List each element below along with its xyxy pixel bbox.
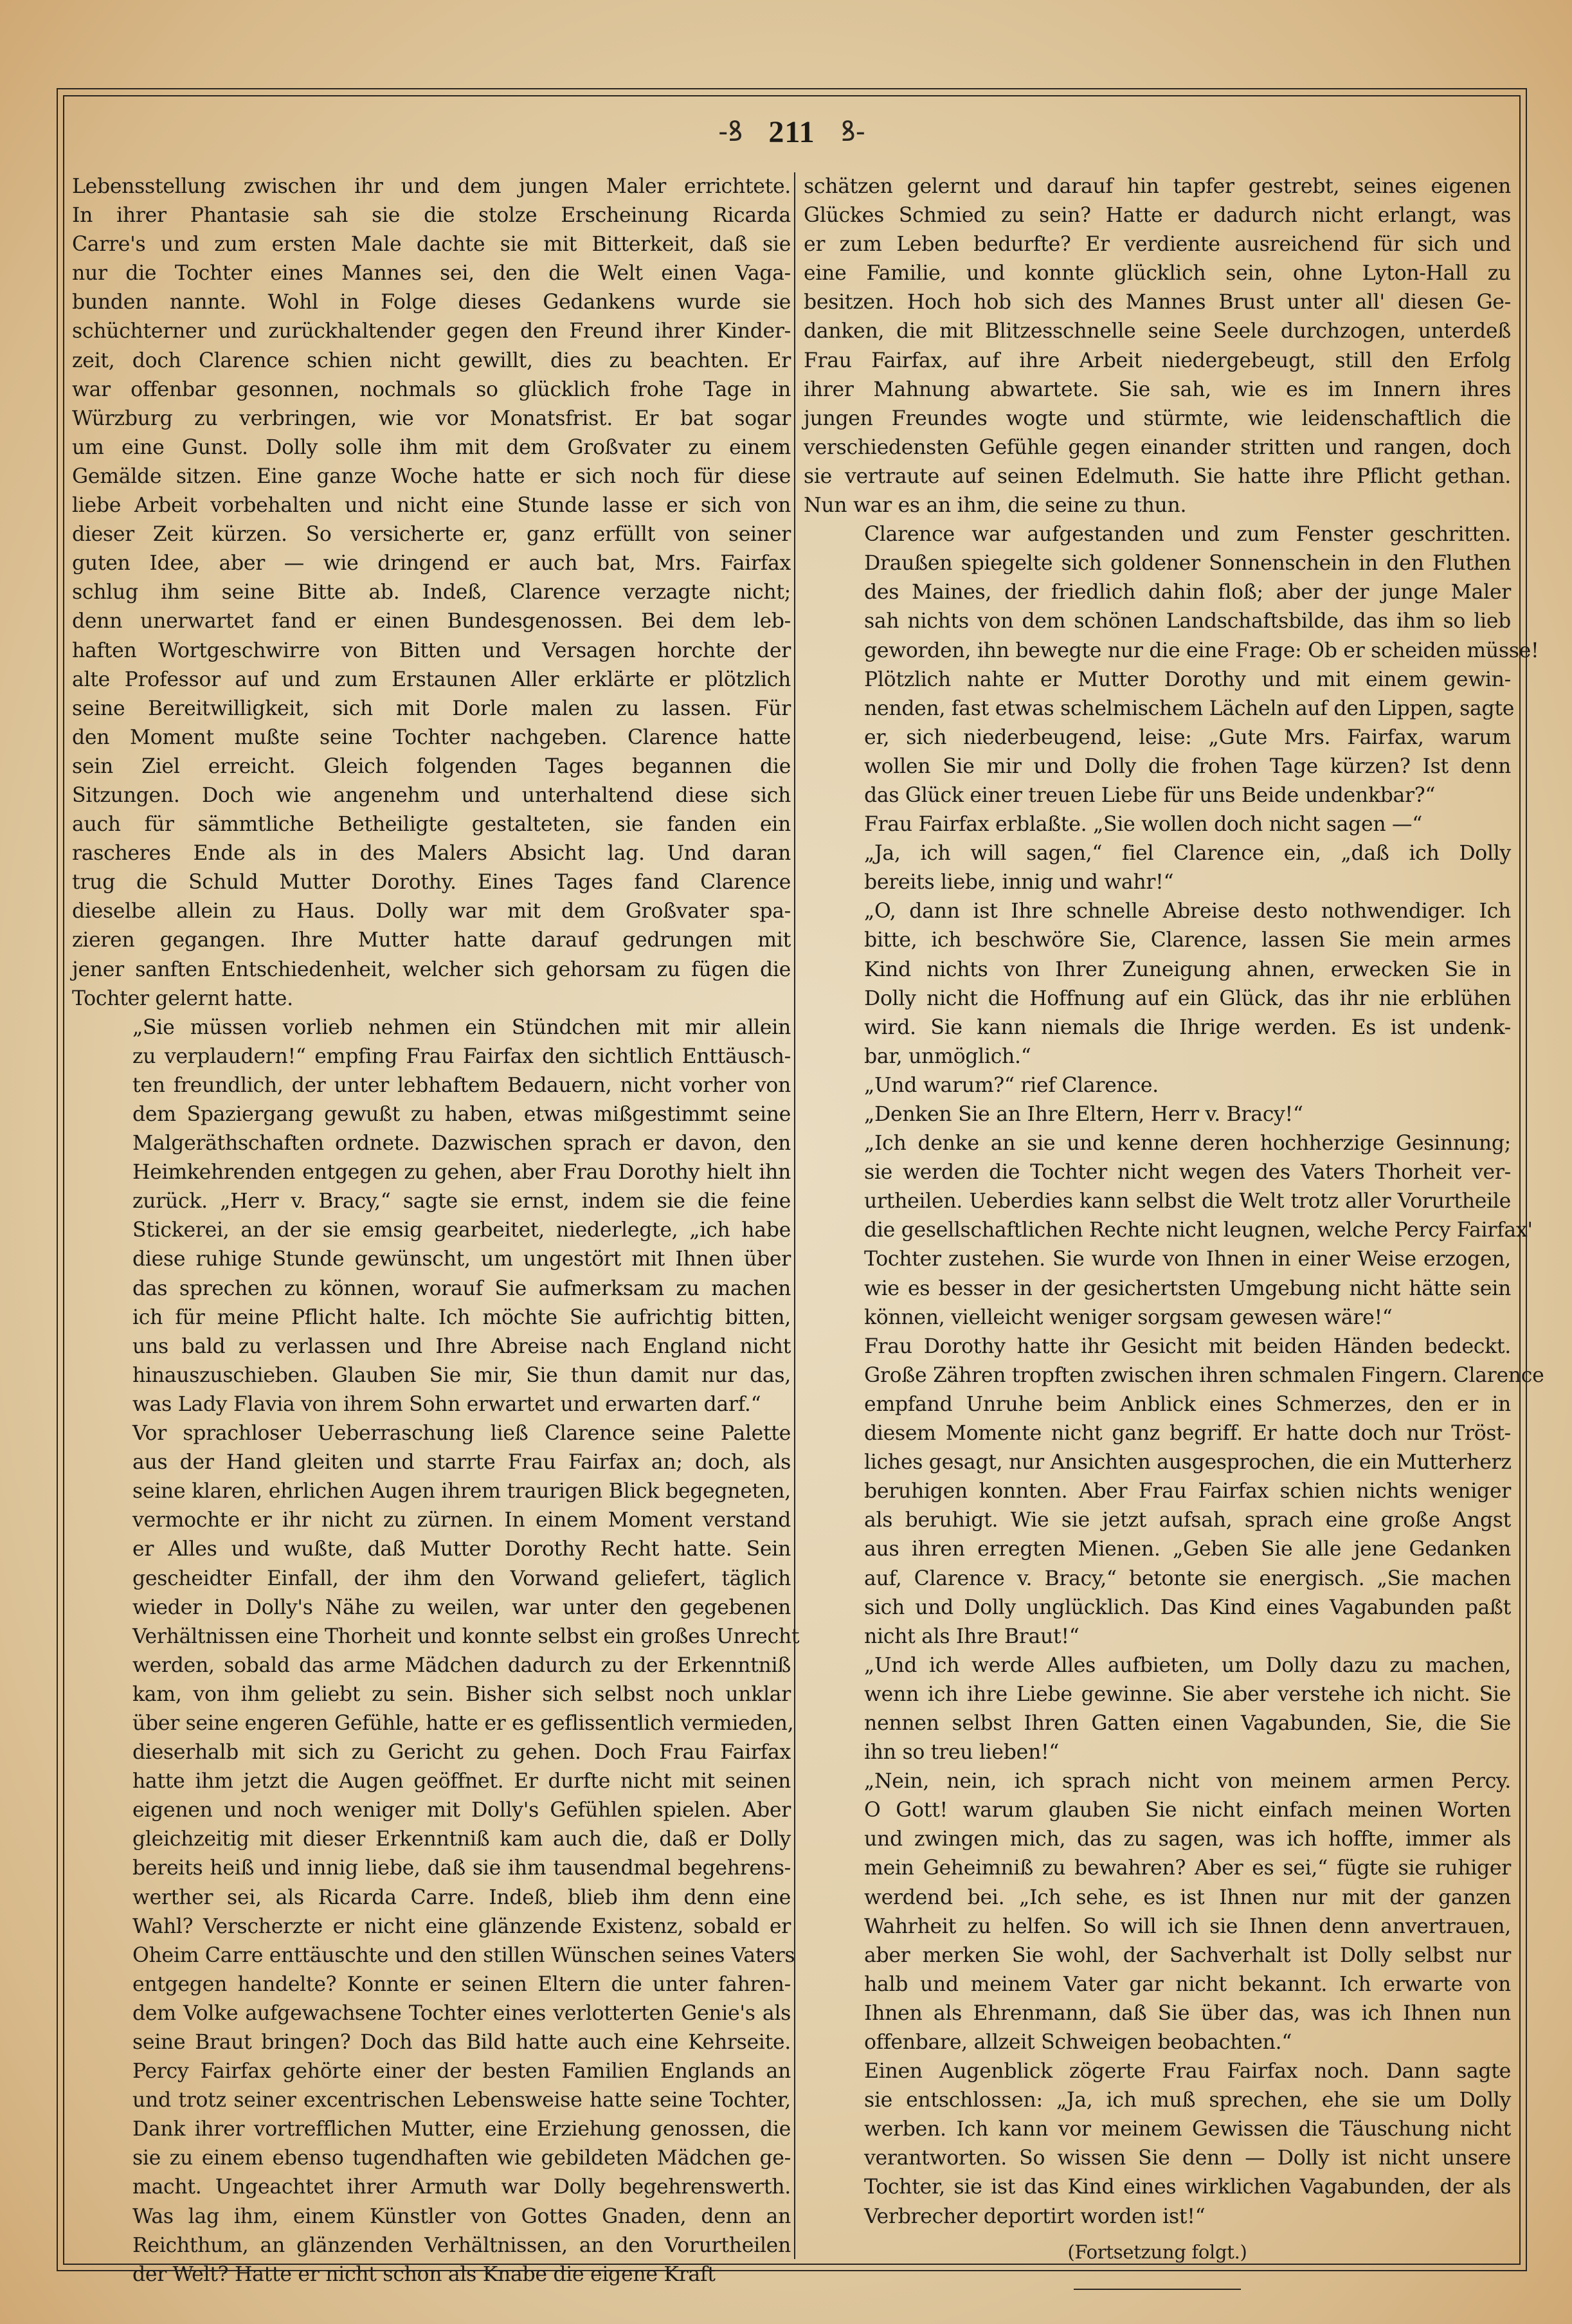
text-line: Stickerei, an der sie emsig gearbeitet, … bbox=[72, 1216, 791, 1245]
page-number: 211 bbox=[768, 114, 815, 150]
ornament-left-icon: -ꝸ bbox=[718, 118, 743, 146]
paragraph: „Denken Sie an Ihre Eltern, Herr v. Brac… bbox=[804, 1100, 1511, 1129]
page-header: -ꝸ 211 ꝸ- bbox=[63, 96, 1521, 167]
text-line: Ihnen als Ehrenmann, daß Sie über das, w… bbox=[804, 1999, 1511, 2028]
text-line: „Und warum?“ rief Clarence. bbox=[804, 1071, 1511, 1100]
text-line: urtheilen. Ueberdies kann selbst die Wel… bbox=[804, 1187, 1511, 1216]
text-line: der Welt? Hatte er nicht schon als Knabe… bbox=[72, 2260, 791, 2289]
text-line: In ihrer Phantasie sah sie die stolze Er… bbox=[72, 201, 791, 230]
text-line: nicht als Ihre Braut!“ bbox=[804, 1622, 1511, 1651]
text-line: Kind nichts von Ihrer Zuneigung ahnen, e… bbox=[804, 956, 1511, 985]
text-line: Einen Augenblick zögerte Frau Fairfax no… bbox=[804, 2057, 1511, 2086]
text-line: schüchterner und zurückhaltender gegen d… bbox=[72, 317, 791, 346]
end-rule bbox=[1074, 2289, 1241, 2290]
text-line: Reichthum, an glänzenden Verhältnissen, … bbox=[72, 2231, 791, 2260]
text-line: wie es besser in der gesichertsten Umgeb… bbox=[804, 1275, 1511, 1303]
text-line: Carre's und zum ersten Male dachte sie m… bbox=[72, 230, 791, 259]
text-line: hatte ihm jetzt die Augen geöffnet. Er d… bbox=[72, 1767, 791, 1796]
text-line: seine klaren, ehrlichen Augen ihrem trau… bbox=[72, 1477, 791, 1506]
text-line: er zum Leben bedurfte? Er verdiente ausr… bbox=[804, 230, 1511, 259]
text-line: „Sie müssen vorlieb nehmen ein Stündchen… bbox=[72, 1013, 791, 1042]
text-line: gescheidter Einfall, der ihm den Vorwand… bbox=[72, 1565, 791, 1593]
text-line: ihrer Mahnung abwartete. Sie sah, wie es… bbox=[804, 376, 1511, 404]
paragraph: Plötzlich nahte er Mutter Dorothy und mi… bbox=[804, 666, 1511, 810]
text-line: eigenen und noch weniger mit Dolly's Gef… bbox=[72, 1796, 791, 1825]
ornament-right-icon: ꝸ- bbox=[841, 118, 865, 146]
text-line: eine Familie, und konnte glücklich sein,… bbox=[804, 259, 1511, 288]
text-line: „Ich denke an sie und kenne deren hochhe… bbox=[804, 1129, 1511, 1158]
right-column-body: schätzen gelernt und darauf hin tapfer g… bbox=[804, 172, 1511, 2231]
text-line: beruhigen konnten. Aber Frau Fairfax sch… bbox=[804, 1477, 1511, 1506]
text-line: denn unerwartet fand er einen Bundesgeno… bbox=[72, 607, 791, 636]
continuation-note: (Fortsetzung folgt.) bbox=[804, 2238, 1511, 2267]
text-line: Draußen spiegelte sich goldener Sonnensc… bbox=[804, 549, 1511, 578]
text-line: sich und Dolly unglücklich. Das Kind ein… bbox=[804, 1593, 1511, 1622]
paragraph: „Ja, ich will sagen,“ fiel Clarence ein,… bbox=[804, 839, 1511, 897]
text-line: Verbrecher deportirt worden ist!“ bbox=[804, 2202, 1511, 2231]
text-line: werden, sobald das arme Mädchen dadurch … bbox=[72, 1651, 791, 1680]
text-line: Sitzungen. Doch wie angenehm und unterha… bbox=[72, 781, 791, 810]
text-line: aus ihren erregten Mienen. „Geben Sie al… bbox=[804, 1535, 1511, 1564]
text-line: Plötzlich nahte er Mutter Dorothy und mi… bbox=[804, 666, 1511, 694]
text-line: als beruhigt. Wie sie jetzt aufsah, spra… bbox=[804, 1506, 1511, 1535]
text-line: danken, die mit Blitzesschnelle seine Se… bbox=[804, 317, 1511, 346]
text-line: dem Spaziergang gewußt zu haben, etwas m… bbox=[72, 1100, 791, 1129]
text-line: war offenbar gesonnen, nochmals so glück… bbox=[72, 376, 791, 404]
text-line: liebe Arbeit vorbehalten und nicht eine … bbox=[72, 491, 791, 520]
text-line: jungen Freundes wogte und stürmte, wie l… bbox=[804, 404, 1511, 433]
text-line: bitte, ich beschwöre Sie, Clarence, lass… bbox=[804, 926, 1511, 955]
text-line: aber merken Sie wohl, der Sachverhalt is… bbox=[804, 1941, 1511, 1970]
text-line: dieser Zeit kürzen. So versicherte er, g… bbox=[72, 520, 791, 549]
text-line: mein Geheimniß zu bewahren? Aber es sei,… bbox=[804, 1854, 1511, 1883]
text-line: wird. Sie kann niemals die Ihrige werden… bbox=[804, 1013, 1511, 1042]
text-line: Percy Fairfax gehörte einer der besten F… bbox=[72, 2057, 791, 2086]
text-line: sie vertraute auf seinen Edelmuth. Sie h… bbox=[804, 462, 1511, 491]
paragraph: schätzen gelernt und darauf hin tapfer g… bbox=[804, 172, 1511, 520]
text-line: sie zu einem ebenso tugendhaften wie geb… bbox=[72, 2144, 791, 2173]
text-line: diese ruhige Stunde gewünscht, um ungest… bbox=[72, 1245, 791, 1274]
text-line: zieren gegangen. Ihre Mutter hatte darau… bbox=[72, 926, 791, 955]
text-line: macht. Ungeachtet ihrer Armuth war Dolly… bbox=[72, 2173, 791, 2202]
text-line: über seine engeren Gefühle, hatte er es … bbox=[72, 1709, 791, 1738]
paragraph: Lebensstellung zwischen ihr und dem jung… bbox=[72, 172, 791, 1013]
text-line: Würzburg zu verbringen, wie vor Monatsfr… bbox=[72, 404, 791, 433]
paragraph: Clarence war aufgestanden und zum Fenste… bbox=[804, 520, 1511, 665]
text-line: sein Ziel erreicht. Gleich folgenden Tag… bbox=[72, 752, 791, 781]
text-line: Vor sprachloser Ueberraschung ließ Clare… bbox=[72, 1419, 791, 1448]
paragraph: Vor sprachloser Ueberraschung ließ Clare… bbox=[72, 1419, 791, 2289]
text-line: wieder in Dolly's Nähe zu weilen, war un… bbox=[72, 1593, 791, 1622]
text-line: O Gott! warum glauben Sie nicht einfach … bbox=[804, 1796, 1511, 1825]
text-line: zu verplaudern!“ empfing Frau Fairfax de… bbox=[72, 1042, 791, 1071]
text-line: ihn so treu lieben!“ bbox=[804, 1738, 1511, 1767]
text-line: Lebensstellung zwischen ihr und dem jung… bbox=[72, 172, 791, 201]
text-line: das Glück einer treuen Liebe für uns Bei… bbox=[804, 781, 1511, 810]
text-line: werben. Ich kann vor meinem Gewissen die… bbox=[804, 2115, 1511, 2144]
text-line: halb und meinem Vater gar nicht bekannt.… bbox=[804, 1970, 1511, 1999]
text-line: er, sich niederbeugend, leise: „Gute Mrs… bbox=[804, 723, 1511, 752]
text-line: Heimkehrenden entgegen zu gehen, aber Fr… bbox=[72, 1158, 791, 1187]
text-line: wollen Sie mir und Dolly die frohen Tage… bbox=[804, 752, 1511, 781]
text-line: das sprechen zu können, worauf Sie aufme… bbox=[72, 1275, 791, 1303]
text-line: gleichzeitig mit dieser Erkenntniß kam a… bbox=[72, 1825, 791, 1854]
text-line: bunden nannte. Wohl in Folge dieses Geda… bbox=[72, 288, 791, 317]
text-line: nennen selbst Ihren Gatten einen Vagabun… bbox=[804, 1709, 1511, 1738]
text-line: empfand Unruhe beim Anblick eines Schmer… bbox=[804, 1390, 1511, 1419]
text-line: trug die Schuld Mutter Dorothy. Eines Ta… bbox=[72, 868, 791, 897]
text-line: ich für meine Pflicht halte. Ich möchte … bbox=[72, 1303, 791, 1332]
text-line: verschiedensten Gefühle gegen einander s… bbox=[804, 433, 1511, 462]
paragraph: Einen Augenblick zögerte Frau Fairfax no… bbox=[804, 2057, 1511, 2231]
paragraph: Frau Fairfax erblaßte. „Sie wollen doch … bbox=[804, 810, 1511, 839]
text-line: Clarence war aufgestanden und zum Fenste… bbox=[804, 520, 1511, 549]
left-column: Lebensstellung zwischen ihr und dem jung… bbox=[72, 172, 791, 2289]
text-line: „Denken Sie an Ihre Eltern, Herr v. Brac… bbox=[804, 1100, 1511, 1129]
text-line: Tochter zustehen. Sie wurde von Ihnen in… bbox=[804, 1245, 1511, 1274]
text-line: besitzen. Hoch hob sich des Mannes Brust… bbox=[804, 288, 1511, 317]
text-line: jener sanften Entschiedenheit, welcher s… bbox=[72, 956, 791, 985]
paragraph: „O, dann ist Ihre schnelle Abreise desto… bbox=[804, 897, 1511, 1071]
text-line: Dolly nicht die Hoffnung auf ein Glück, … bbox=[804, 985, 1511, 1013]
text-line: Tochter gelernt hatte. bbox=[72, 985, 791, 1013]
text-line: verantworten. So wissen Sie denn — Dolly… bbox=[804, 2144, 1511, 2173]
paragraph: „Und ich werde Alles aufbieten, um Dolly… bbox=[804, 1651, 1511, 1767]
text-line: „Nein, nein, ich sprach nicht von meinem… bbox=[804, 1767, 1511, 1796]
text-line: bar, unmöglich.“ bbox=[804, 1042, 1511, 1071]
text-line: sie werden die Tochter nicht wegen des V… bbox=[804, 1158, 1511, 1187]
text-line: Gemälde sitzen. Eine ganze Woche hatte e… bbox=[72, 462, 791, 491]
text-line: „Ja, ich will sagen,“ fiel Clarence ein,… bbox=[804, 839, 1511, 868]
paragraph: „Und warum?“ rief Clarence. bbox=[804, 1071, 1511, 1100]
text-line: haften Wortgeschwirre von Bitten und Ver… bbox=[72, 637, 791, 666]
text-line: können, vielleicht weniger sorgsam gewes… bbox=[804, 1303, 1511, 1332]
text-line: Malgeräthschaften ordnete. Dazwischen sp… bbox=[72, 1129, 791, 1158]
right-column: schätzen gelernt und darauf hin tapfer g… bbox=[804, 172, 1511, 2290]
text-line: „Und ich werde Alles aufbieten, um Dolly… bbox=[804, 1651, 1511, 1680]
text-line: auf, Clarence v. Bracy,“ betonte sie ene… bbox=[804, 1565, 1511, 1593]
text-line: seine Braut bringen? Doch das Bild hatte… bbox=[72, 2028, 791, 2057]
text-line: offenbare, allzeit Schweigen beobachten.… bbox=[804, 2028, 1511, 2057]
text-line: Wahrheit zu helfen. So will ich sie Ihne… bbox=[804, 1912, 1511, 1941]
text-line: die gesellschaftlichen Rechte nicht leug… bbox=[804, 1216, 1511, 1245]
text-line: geworden, ihn bewegte nur die eine Frage… bbox=[804, 637, 1511, 666]
text-line: er Alles und wußte, daß Mutter Dorothy R… bbox=[72, 1535, 791, 1564]
text-line: wenn ich ihre Liebe gewinne. Sie aber ve… bbox=[804, 1680, 1511, 1709]
text-line: alte Professor auf und zum Erstaunen All… bbox=[72, 666, 791, 694]
text-line: des Maines, der friedlich dahin floß; ab… bbox=[804, 578, 1511, 607]
text-line: sah nichts von dem schönen Landschaftsbi… bbox=[804, 607, 1511, 636]
text-line: Dank ihrer vortrefflichen Mutter, eine E… bbox=[72, 2115, 791, 2144]
text-line: kam, von ihm geliebt zu sein. Bisher sic… bbox=[72, 1680, 791, 1709]
text-line: werdend bei. „Ich sehe, es ist Ihnen nur… bbox=[804, 1884, 1511, 1912]
text-line: dieselbe allein zu Haus. Dolly war mit d… bbox=[72, 897, 791, 926]
text-line: sie entschlossen: „Ja, ich muß sprechen,… bbox=[804, 2086, 1511, 2115]
text-line: werther sei, als Ricarda Carre. Indeß, b… bbox=[72, 1884, 791, 1912]
text-line: den Moment mußte seine Tochter nachgeben… bbox=[72, 723, 791, 752]
text-line: schlug ihm seine Bitte ab. Indeß, Claren… bbox=[72, 578, 791, 607]
text-line: Frau Fairfax, auf ihre Arbeit niedergebe… bbox=[804, 347, 1511, 376]
text-line: Frau Dorothy hatte ihr Gesicht mit beide… bbox=[804, 1332, 1511, 1361]
text-line: hinauszuschieben. Glauben Sie mir, Sie t… bbox=[72, 1361, 791, 1390]
text-line: uns bald zu verlassen und Ihre Abreise n… bbox=[72, 1332, 791, 1361]
text-line: bereits liebe, innig und wahr!“ bbox=[804, 868, 1511, 897]
text-line: Wahl? Verscherzte er nicht eine glänzend… bbox=[72, 1912, 791, 1941]
text-line: Was lag ihm, einem Künstler von Gottes G… bbox=[72, 2202, 791, 2231]
paragraph: „Nein, nein, ich sprach nicht von meinem… bbox=[804, 1767, 1511, 2057]
paragraph: „Ich denke an sie und kenne deren hochhe… bbox=[804, 1129, 1511, 1332]
text-line: was Lady Flavia von ihrem Sohn erwartet … bbox=[72, 1390, 791, 1419]
text-line: und zwingen mich, das zu sagen, was ich … bbox=[804, 1825, 1511, 1854]
text-line: liches gesagt, nur Ansichten ausgesproch… bbox=[804, 1448, 1511, 1477]
text-line: ten freundlich, der unter lebhaftem Beda… bbox=[72, 1071, 791, 1100]
text-line: „O, dann ist Ihre schnelle Abreise desto… bbox=[804, 897, 1511, 926]
text-line: um eine Gunst. Dolly solle ihm mit dem G… bbox=[72, 433, 791, 462]
paragraph: „Sie müssen vorlieb nehmen ein Stündchen… bbox=[72, 1013, 791, 1419]
text-line: zeit, doch Clarence schien nicht gewillt… bbox=[72, 347, 791, 376]
text-line: Frau Fairfax erblaßte. „Sie wollen doch … bbox=[804, 810, 1511, 839]
paragraph: Frau Dorothy hatte ihr Gesicht mit beide… bbox=[804, 1332, 1511, 1651]
text-line: Nun war es an ihm, die seine zu thun. bbox=[804, 491, 1511, 520]
text-line: Tochter, sie ist das Kind eines wirklich… bbox=[804, 2173, 1511, 2202]
text-line: seine Bereitwilligkeit, sich mit Dorle m… bbox=[72, 694, 791, 723]
text-line: Große Zähren tropften zwischen ihren sch… bbox=[804, 1361, 1511, 1390]
text-line: bereits heiß und innig liebe, daß sie ih… bbox=[72, 1854, 791, 1883]
text-line: nur die Tochter eines Mannes sei, den di… bbox=[72, 259, 791, 288]
text-line: dem Volke aufgewachsene Tochter eines ve… bbox=[72, 1999, 791, 2028]
text-line: und trotz seiner excentrischen Lebenswei… bbox=[72, 2086, 791, 2115]
text-line: vermochte er ihr nicht zu zürnen. In ein… bbox=[72, 1506, 791, 1535]
text-line: Verhältnissen eine Thorheit und konnte s… bbox=[72, 1622, 791, 1651]
text-line: Oheim Carre enttäuschte und den stillen … bbox=[72, 1941, 791, 1970]
text-line: Glückes Schmied zu sein? Hatte er dadurc… bbox=[804, 201, 1511, 230]
text-line: schätzen gelernt und darauf hin tapfer g… bbox=[804, 172, 1511, 201]
text-line: entgegen handelte? Konnte er seinen Elte… bbox=[72, 1970, 791, 1999]
text-line: guten Idee, aber — wie dringend er auch … bbox=[72, 549, 791, 578]
text-line: auch für sämmtliche Betheiligte gestalte… bbox=[72, 810, 791, 839]
text-line: aus der Hand gleiten und starrte Frau Fa… bbox=[72, 1448, 791, 1477]
text-line: rascheres Ende als in des Malers Absicht… bbox=[72, 839, 791, 868]
text-line: dieserhalb mit sich zu Gericht zu gehen.… bbox=[72, 1738, 791, 1767]
text-line: diesem Momente nicht ganz begriff. Er ha… bbox=[804, 1419, 1511, 1448]
text-line: zurück. „Herr v. Bracy,“ sagte sie ernst… bbox=[72, 1187, 791, 1216]
text-line: nenden, fast etwas schelmischem Lächeln … bbox=[804, 694, 1511, 723]
